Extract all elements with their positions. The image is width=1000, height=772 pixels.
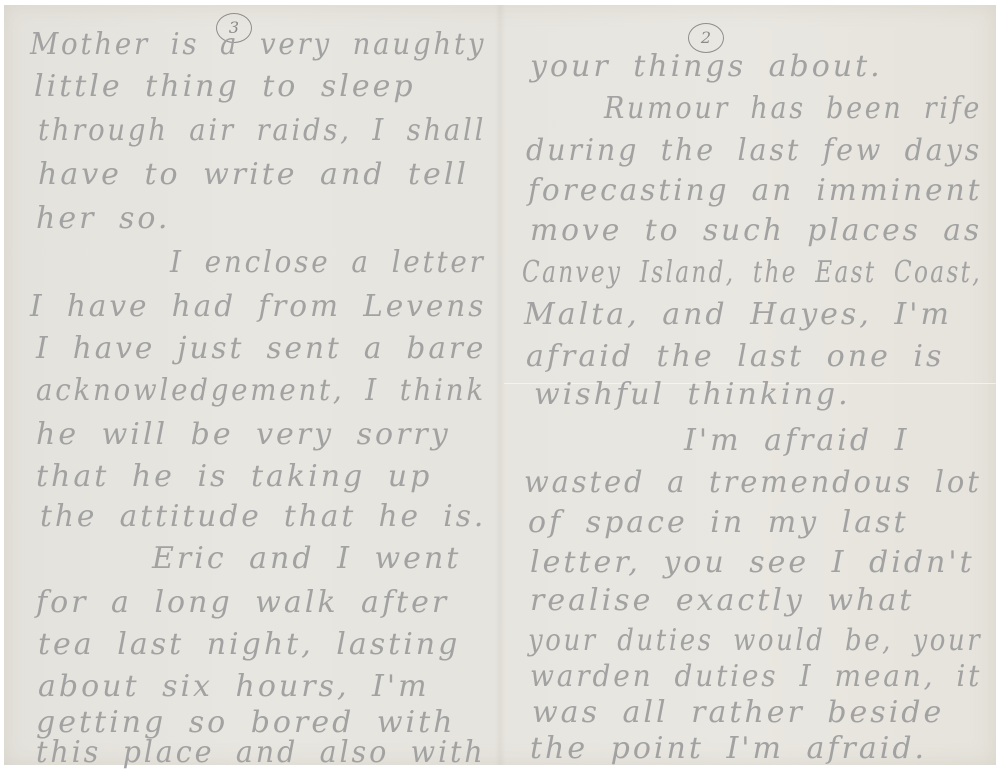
- handwritten-line: letter, you see I didn't: [530, 545, 975, 580]
- handwritten-line: little thing to sleep: [34, 69, 416, 104]
- handwritten-line: tea last night, lasting: [38, 627, 460, 662]
- handwritten-line: wishful thinking.: [534, 377, 851, 412]
- handwritten-line: afraid the last one is: [526, 339, 944, 374]
- handwritten-line: her so.: [36, 201, 170, 236]
- handwritten-line: during the last few days: [526, 133, 982, 168]
- handwritten-line: about six hours, I'm: [38, 669, 430, 704]
- handwritten-line: your duties would be, your: [528, 623, 982, 658]
- handwritten-line: was all rather beside: [532, 695, 944, 730]
- handwritten-line: your things about.: [530, 49, 883, 84]
- handwritten-line: Rumour has been rife: [604, 91, 982, 126]
- handwritten-line: Mother is a very naughty: [30, 27, 486, 62]
- handwritten-line: acknowledgement, I think: [36, 373, 486, 408]
- handwritten-line: Eric and I went: [152, 541, 461, 576]
- handwritten-line: I enclose a letter: [170, 245, 486, 280]
- handwritten-line: move to such places as: [530, 213, 982, 248]
- handwritten-line: I'm afraid I: [684, 423, 909, 458]
- handwritten-line: the attitude that he is.: [40, 499, 486, 534]
- handwritten-line: I have had from Levens: [30, 289, 486, 324]
- handwritten-line: this place and also with: [36, 735, 486, 770]
- handwritten-line: Malta, and Hayes, I'm: [524, 297, 952, 332]
- handwritten-line: forecasting an imminent: [528, 173, 982, 208]
- handwritten-line: Canvey Island, the East Coast,: [522, 255, 982, 290]
- letter-page-right: 2 your things about. Rumour has been rif…: [504, 5, 996, 765]
- handwritten-line: for a long walk after: [36, 585, 449, 620]
- handwritten-line: I have just sent a bare: [36, 331, 486, 366]
- handwritten-line: realise exactly what: [530, 583, 914, 618]
- handwritten-line: the point I'm afraid.: [530, 731, 927, 766]
- handwritten-line: have to write and tell: [38, 157, 469, 192]
- handwritten-line: he will be very sorry: [36, 417, 451, 452]
- letter-sheet: 3 Mother is a very naughty little thing …: [4, 5, 996, 765]
- letter-page-left: 3 Mother is a very naughty little thing …: [4, 5, 500, 765]
- handwritten-line: that he is taking up: [36, 459, 432, 494]
- handwritten-line: through air raids, I shall: [38, 113, 486, 148]
- handwritten-line: warden duties I mean, it: [530, 659, 982, 694]
- handwritten-line: of space in my last: [528, 505, 909, 540]
- handwritten-line: wasted a tremendous lot: [524, 465, 982, 500]
